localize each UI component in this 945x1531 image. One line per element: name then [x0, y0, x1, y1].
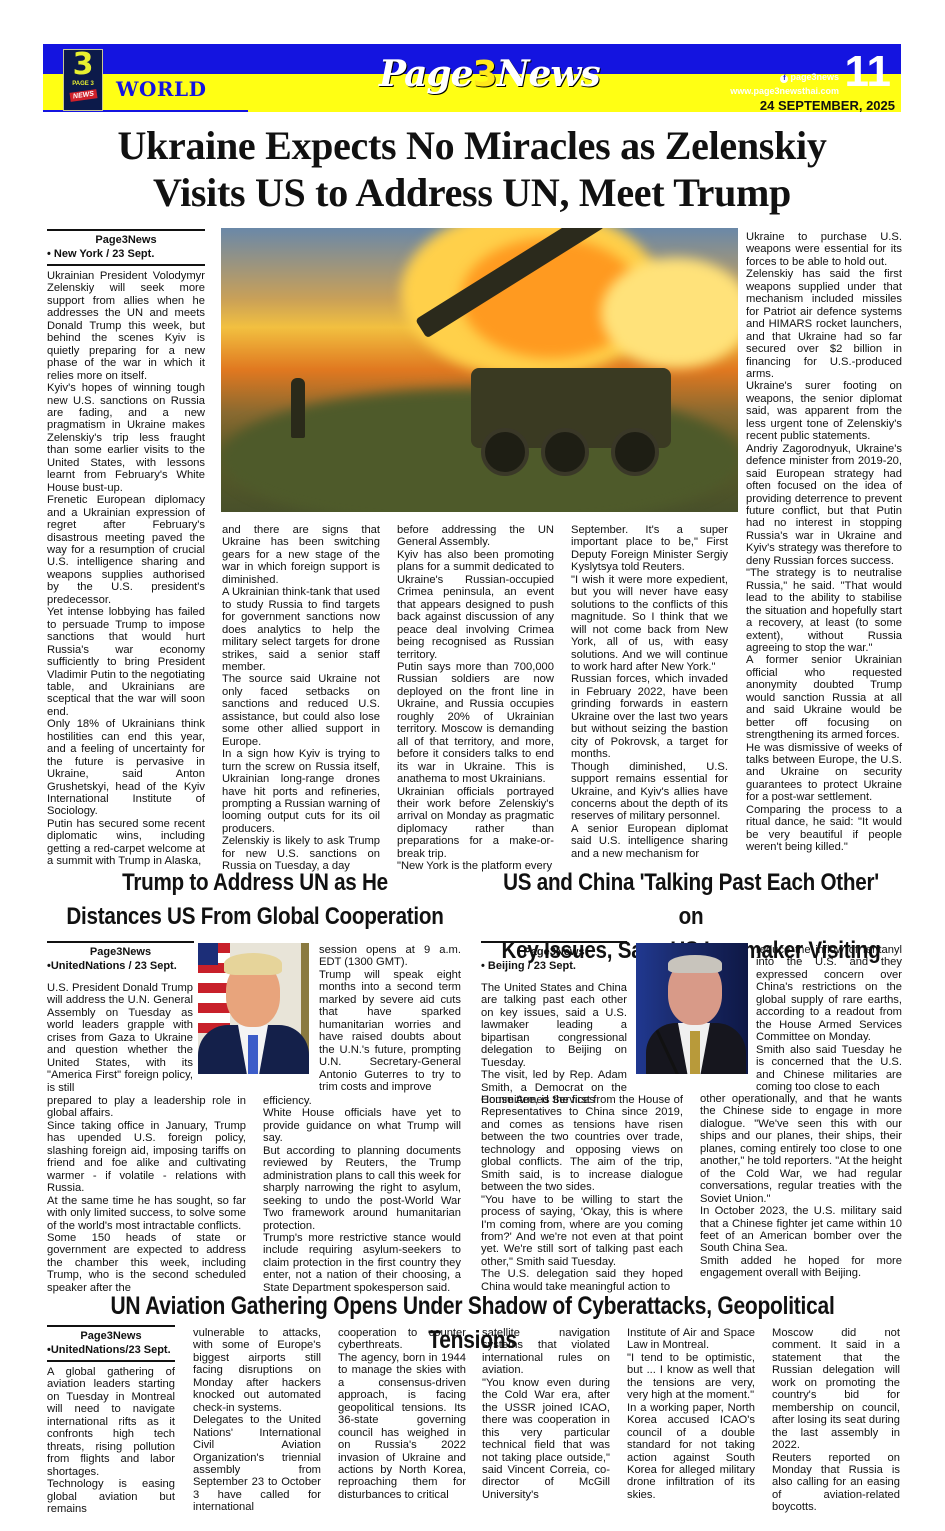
- paragraph: In a working paper, North Korea accused …: [627, 1402, 755, 1502]
- lead-byline: Page3News • New York / 23 Sept.: [47, 229, 205, 266]
- paragraph: "The strategy is to neutralise Russia," …: [746, 567, 902, 654]
- trump-column-2: efficiency. White House officials have y…: [263, 1095, 461, 1294]
- byline-source: Page3News: [47, 233, 205, 247]
- paragraph: The United States and China are talking …: [481, 982, 627, 1069]
- aviation-column-2: vulnerable to attacks, with some of Euro…: [193, 1327, 321, 1514]
- paragraph: Comparing the process to a ritual dance,…: [746, 804, 902, 854]
- paragraph: September. It's a super important place …: [571, 524, 728, 574]
- paragraph: He was dismissive of weeks of talks betw…: [746, 742, 902, 804]
- paragraph: In October 2023, the U.S. military said …: [700, 1205, 902, 1255]
- china-byline-block: Page3News • Beijing / 23 Sept.: [481, 941, 627, 976]
- lead-column-2: and there are signs that Ukraine has bee…: [222, 524, 380, 873]
- china-byline: Page3News • Beijing / 23 Sept.: [481, 941, 627, 976]
- brand-prefix: Page: [379, 53, 473, 95]
- paragraph: Some 150 heads of state or government ar…: [47, 1232, 246, 1294]
- paragraph: "I wish it were more expedient, but you …: [571, 574, 728, 674]
- soldier-figure: [291, 378, 305, 438]
- aviation-column-4: satellite navigation systems that violat…: [482, 1327, 610, 1501]
- paragraph: U.S. President Donald Trump will address…: [47, 982, 193, 1094]
- flag-canton: [198, 943, 218, 965]
- trump-portrait-photo: [198, 943, 309, 1074]
- hair: [224, 953, 282, 975]
- china-column-2-wrap: reduce the inflow of fentanyl into the U…: [756, 944, 902, 1093]
- paragraph: At the same time he has sought, so far w…: [47, 1195, 246, 1232]
- paragraph: Kyiv has also been promoting plans for a…: [397, 549, 554, 661]
- page-number: 11: [844, 46, 891, 98]
- facebook-handle: page3news: [790, 72, 839, 82]
- paragraph: reduce the inflow of fentanyl into the U…: [756, 944, 902, 1044]
- aviation-column-5: Institute of Air and Space Law in Montre…: [627, 1327, 755, 1501]
- paragraph: A senior European diplomat said U.S. int…: [571, 823, 728, 860]
- paragraph: cooperation to counter cyberthreats.: [338, 1327, 466, 1352]
- brand-suffix: News: [497, 53, 600, 95]
- trump-column-1: prepared to play a leadership role in gl…: [47, 1095, 246, 1294]
- byline-dateline: •UnitedNations/23 Sept.: [47, 1343, 175, 1357]
- paragraph: Kyiv's hopes of winning tough new U.S. s…: [47, 382, 205, 494]
- paragraph: A global gathering of aviation leaders s…: [47, 1366, 175, 1478]
- brand-number: 3: [473, 54, 497, 95]
- byline-source: Page3News: [481, 945, 627, 959]
- byline-dateline: • Beijing / 23 Sept.: [481, 959, 627, 973]
- aviation-byline: Page3News •UnitedNations/23 Sept.: [47, 1325, 175, 1362]
- paragraph: White House officials have yet to provid…: [263, 1107, 461, 1144]
- trump-column-1-wrap: U.S. President Donald Trump will address…: [47, 982, 193, 1094]
- byline-source: Page3News: [47, 1329, 175, 1343]
- byline-source: Page3News: [47, 945, 194, 959]
- aviation-column-6: Moscow did not comment. It said in a sta…: [772, 1327, 900, 1514]
- lead-headline: Ukraine Expects No Miracles as Zelenskiy…: [43, 122, 901, 216]
- china-column-1: Committee, is the first from the House o…: [481, 1094, 683, 1293]
- lead-column-5: Ukraine to purchase U.S. weapons were es…: [746, 231, 902, 854]
- lead-headline-line1: Ukraine Expects No Miracles as Zelenskiy: [117, 123, 826, 168]
- issue-date: 24 SEPTEMBER, 2025: [760, 98, 895, 113]
- paragraph: session opens at 9 a.m. EDT (1300 GMT).: [319, 944, 461, 969]
- paragraph: The source said Ukraine not only faced s…: [222, 673, 380, 748]
- paragraph: satellite navigation systems that violat…: [482, 1327, 610, 1377]
- china-headline-line1: US and China 'Talking Past Each Other' o…: [503, 869, 879, 930]
- paragraph: Trump's more restrictive stance would in…: [263, 1232, 461, 1294]
- paragraph: "You know even during the Cold War era, …: [482, 1377, 610, 1502]
- paragraph: Ukrainian officials portrayed their work…: [397, 786, 554, 861]
- website-link[interactable]: www.page3newsthai.com: [730, 86, 839, 96]
- paragraph: Though diminished, U.S. support remains …: [571, 761, 728, 823]
- page3-logo: 3 PAGE 3 NEWS: [63, 49, 103, 111]
- paragraph: Putin has secured some recent diplomatic…: [47, 818, 205, 868]
- paragraph: and there are signs that Ukraine has bee…: [222, 524, 380, 586]
- vehicle-wheel: [611, 428, 659, 476]
- paragraph: Putin says more than 700,000 Russian sol…: [397, 661, 554, 786]
- logo-label: PAGE 3: [72, 80, 94, 88]
- tie: [690, 1031, 700, 1074]
- lead-headline-line2: Visits US to Address UN, Meet Trump: [153, 170, 791, 215]
- paragraph: vulnerable to attacks, with some of Euro…: [193, 1327, 321, 1414]
- paragraph: Since taking office in January, Trump ha…: [47, 1120, 246, 1195]
- trump-headline-line1: Trump to Address UN as He: [122, 869, 388, 896]
- paragraph: Yet intense lobbying has failed to persu…: [47, 606, 205, 718]
- paragraph: Technology is easing global aviation but…: [47, 1478, 175, 1515]
- lead-column-4: September. It's a super important place …: [571, 524, 728, 860]
- paragraph: Smith also said Tuesday he is concerned …: [756, 1044, 902, 1094]
- paragraph: before addressing the UN General Assembl…: [397, 524, 554, 549]
- trump-headline-line2: Distances US From Global Cooperation: [66, 903, 443, 930]
- lead-column-3: before addressing the UN General Assembl…: [397, 524, 554, 873]
- paragraph: Zelenskiy has said the first weapons sup…: [746, 268, 902, 380]
- vehicle-wheel: [541, 428, 589, 476]
- paragraph: Ukraine's surer footing on weapons, the …: [746, 380, 902, 442]
- adam-smith-photo: [636, 943, 748, 1074]
- artillery-photo: [221, 228, 738, 512]
- aviation-column-3: cooperation to counter cyberthreats. The…: [338, 1327, 466, 1501]
- facebook-link[interactable]: fpage3news: [780, 72, 839, 83]
- paragraph: efficiency.: [263, 1095, 461, 1107]
- paragraph: Only 18% of Ukrainians think hostilities…: [47, 718, 205, 818]
- paragraph: Moscow did not comment. It said in a sta…: [772, 1327, 900, 1452]
- paragraph: "I tend to be optimistic, but ... I know…: [627, 1352, 755, 1402]
- paragraph: Smith added he hoped for more engagement…: [700, 1255, 902, 1280]
- paragraph: A former senior Ukrainian official who r…: [746, 654, 902, 741]
- paragraph: A Ukrainian think-tank that used to stud…: [222, 586, 380, 673]
- aviation-column-1: Page3News •UnitedNations/23 Sept. A glob…: [47, 1325, 175, 1515]
- smoke-plume: [601, 258, 738, 368]
- vehicle-wheel: [481, 428, 529, 476]
- hair: [668, 955, 722, 973]
- masthead: 3 PAGE 3 NEWS WORLD Page3News fpage3news…: [43, 44, 901, 112]
- paragraph: Frenetic European diplomacy and a Ukrain…: [47, 494, 205, 606]
- paragraph: But according to planning documents revi…: [263, 1145, 461, 1232]
- section-label: WORLD: [116, 77, 206, 101]
- trump-column-2-wrap: session opens at 9 a.m. EDT (1300 GMT). …: [319, 944, 461, 1093]
- byline-dateline: • New York / 23 Sept.: [47, 247, 205, 261]
- paragraph: Ukraine to purchase U.S. weapons were es…: [746, 231, 902, 268]
- paragraph: prepared to play a leadership role in gl…: [47, 1095, 246, 1120]
- paragraph: Reuters reported on Monday that Russia i…: [772, 1452, 900, 1514]
- paragraph: In a sign how Kyiv is trying to turn the…: [222, 748, 380, 835]
- lead-column-1: Page3News • New York / 23 Sept. Ukrainia…: [47, 229, 205, 868]
- trump-byline-block: Page3News •UnitedNations / 23 Sept.: [47, 941, 194, 976]
- trump-headline: Trump to Address UN as He Distances US F…: [62, 866, 449, 934]
- logo-number: 3: [73, 50, 94, 80]
- paragraph: Russian forces, which invaded in Februar…: [571, 673, 728, 760]
- trump-byline: Page3News •UnitedNations / 23 Sept.: [47, 941, 194, 976]
- logo-tag: NEWS: [69, 89, 97, 102]
- china-column-2: other operationally, and that he wants t…: [700, 1093, 902, 1280]
- paragraph: Andriy Zagorodnyuk, Ukraine's defence mi…: [746, 443, 902, 568]
- facebook-icon: f: [780, 75, 788, 83]
- paragraph: The agency, born in 1944 to manage the s…: [338, 1352, 466, 1501]
- paragraph: Institute of Air and Space Law in Montre…: [627, 1327, 755, 1352]
- tie: [248, 1035, 258, 1074]
- paragraph: Delegates to the United Nations' Interna…: [193, 1414, 321, 1514]
- china-column-1-wrap: The United States and China are talking …: [481, 982, 627, 1107]
- newspaper-brand: Page3News: [379, 52, 600, 97]
- paragraph: "You have to be willing to start the pro…: [481, 1194, 683, 1269]
- paragraph: Committee, is the first from the House o…: [481, 1094, 683, 1194]
- byline-dateline: •UnitedNations / 23 Sept.: [47, 959, 194, 973]
- paragraph: other operationally, and that he wants t…: [700, 1093, 902, 1205]
- paragraph: Trump will speak eight months into a sec…: [319, 969, 461, 1094]
- paragraph: Ukrainian President Volodymyr Zelenskiy …: [47, 270, 205, 382]
